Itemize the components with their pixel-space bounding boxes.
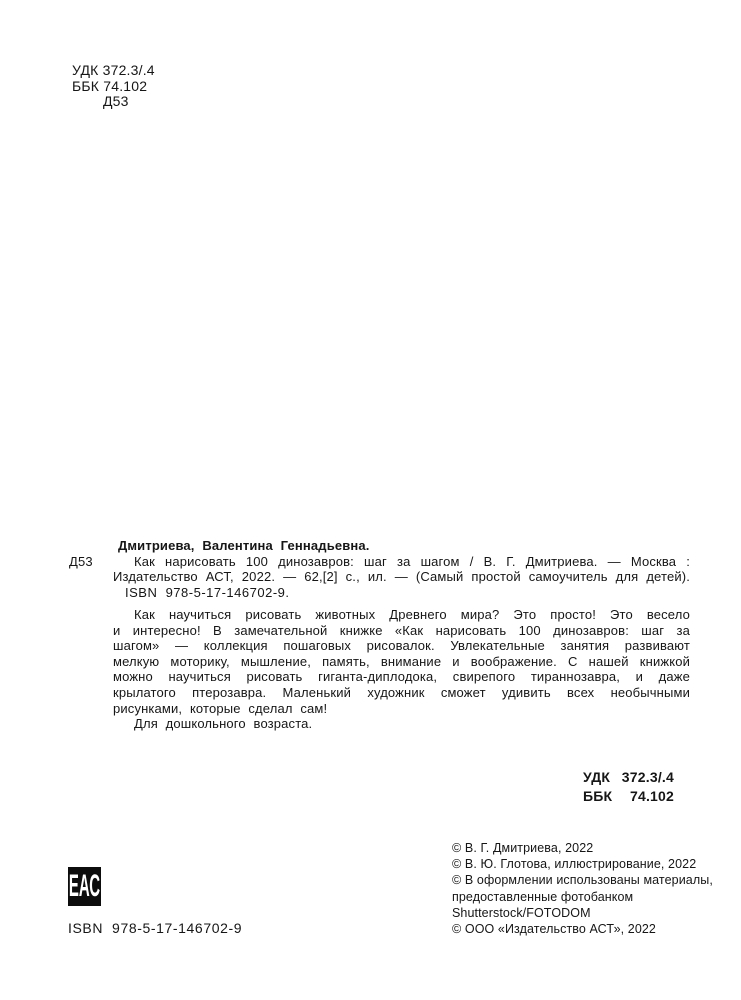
bbk-label: ББК <box>583 787 612 806</box>
imprint-page: УДК 372.3/.4 ББК 74.102 Д53 Дмитриева, В… <box>0 0 741 1000</box>
annotation-line-6: крылатого птерозавра. Маленький художник… <box>113 685 690 701</box>
copyright-line-4: предоставленные фотобанком <box>452 889 713 905</box>
classification-top: УДК 372.3/.4 ББК 74.102 Д53 <box>72 63 155 110</box>
annotation-line-1: Как научиться рисовать животных Древнего… <box>113 607 690 623</box>
udk-label: УДК <box>583 768 610 787</box>
annotation: Как научиться рисовать животных Древнего… <box>69 607 690 732</box>
bbk-row: ББК 74.102 <box>583 787 674 806</box>
bib-isbn-line: ISBN 978-5-17-146702-9. <box>125 585 690 601</box>
annotation-line-7: рисунками, которые сделал сам! <box>113 701 690 717</box>
annotation-line-5: можно научиться рисовать гиганта-диплодо… <box>113 669 690 685</box>
udk-row: УДК 372.3/.4 <box>583 768 674 787</box>
bib-author-heading: Дмитриева, Валентина Геннадьевна. <box>118 538 690 554</box>
copyright-block: © В. Г. Дмитриева, 2022 © В. Ю. Глотова,… <box>452 840 713 937</box>
bbk-code: ББК 74.102 <box>72 79 155 95</box>
copyright-line-1: © В. Г. Дмитриева, 2022 <box>452 840 713 856</box>
classification-bottom: УДК 372.3/.4 ББК 74.102 <box>583 768 674 805</box>
bbk-value: 74.102 <box>630 787 674 806</box>
copyright-line-3: © В оформлении использованы материалы, <box>452 872 713 888</box>
author-sign-code: Д53 <box>103 94 155 110</box>
bib-publisher-line: Издательство АСТ, 2022. — 62,[2] с., ил.… <box>113 569 690 585</box>
eac-conformity-mark-icon: ЕАС <box>68 867 101 906</box>
copyright-line-6: © ООО «Издательство АСТ», 2022 <box>452 921 713 937</box>
annotation-line-3: шагом» — коллекция пошаговых рисовалок. … <box>113 638 690 654</box>
footer-isbn: ISBN 978-5-17-146702-9 <box>68 920 242 936</box>
bib-title-line: Как нарисовать 100 динозавров: шаг за ша… <box>113 554 690 570</box>
copyright-line-2: © В. Ю. Глотова, иллюстрирование, 2022 <box>452 856 713 872</box>
bib-margin-code: Д53 <box>69 554 93 570</box>
annotation-line-2: и интересно! В замечательной книжке «Как… <box>113 623 690 639</box>
bibliographic-entry: Дмитриева, Валентина Геннадьевна. Д53 Ка… <box>69 538 690 600</box>
copyright-line-5: Shutterstock/FOTODOM <box>452 905 713 921</box>
age-note: Для дошкольного возраста. <box>113 716 690 732</box>
annotation-line-4: мелкую моторику, мышление, память, внима… <box>113 654 690 670</box>
udk-value: 372.3/.4 <box>622 768 674 787</box>
udk-code: УДК 372.3/.4 <box>72 63 155 79</box>
eac-mark-letters: ЕАС <box>69 871 100 903</box>
